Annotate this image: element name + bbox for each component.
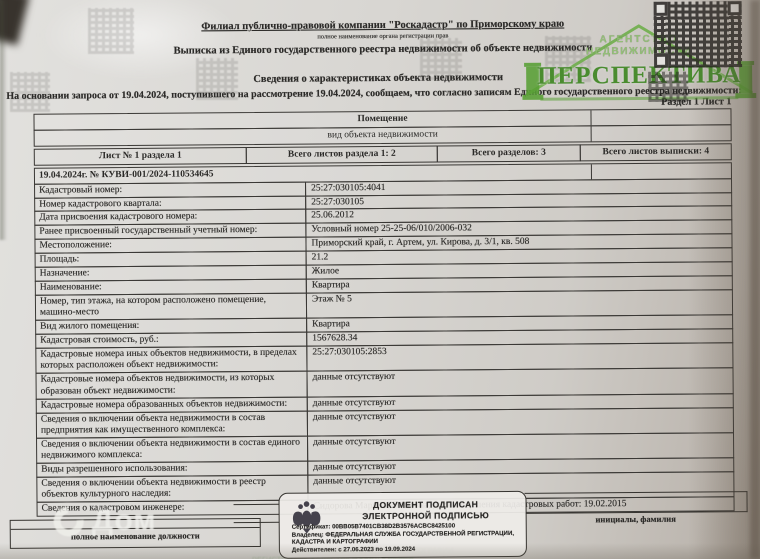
paper-content: Филиал публично-правовой компании "Роска… <box>0 0 760 559</box>
sheet-count-cell: Лист № 1 раздела 1 <box>34 147 247 166</box>
row-label: Номер, тип этажа, на котором расположено… <box>35 292 307 320</box>
column-divider <box>590 110 591 125</box>
stamp-line1: ДОКУМЕНТ ПОДПИСАН <box>336 499 516 510</box>
site-watermark: Дом <box>54 504 157 539</box>
stamp-line2: ЭЛЕКТРОННОЙ ПОДПИСЬЮ <box>336 510 516 521</box>
photo-right-edge <box>750 0 760 559</box>
photo-bottom-shadow <box>0 543 760 559</box>
row-label: Кадастровые номера объектов недвижимости… <box>36 371 308 399</box>
site-watermark-text: Дом <box>92 504 157 539</box>
document-photo: Филиал публично-правовой компании "Роска… <box>0 0 760 559</box>
row-label: Сведения о включении объекта недвижимост… <box>36 435 308 463</box>
characteristics-rows: Кадастровый номер: 25:27:030105:4041 Ном… <box>34 178 735 517</box>
characteristics-table: Помещение вид объекта недвижимости Лист … <box>33 109 734 517</box>
qr-code-icon <box>648 72 688 102</box>
row-label: Сведения о включении объекта недвижимост… <box>36 410 308 438</box>
initials-box <box>524 491 747 514</box>
qr-code-icon <box>654 1 743 68</box>
column-divider <box>591 126 592 141</box>
row-label: Сведения о включении объекта недвижимост… <box>36 475 308 503</box>
photo-left-shadow <box>0 0 7 240</box>
sheet-count-cell: Всего листов выписки: 4 <box>580 143 732 161</box>
row-label: Кадастровые номера иных объектов недвижи… <box>35 346 307 374</box>
sheet-count-cell: Всего листов раздела 1: 2 <box>246 145 438 163</box>
column-divider <box>591 164 592 179</box>
circle-arrow-icon <box>48 500 90 542</box>
sheet-count-cell: Всего разделов: 3 <box>437 144 581 162</box>
initials-caption: инициалы, фамилия <box>525 513 747 525</box>
